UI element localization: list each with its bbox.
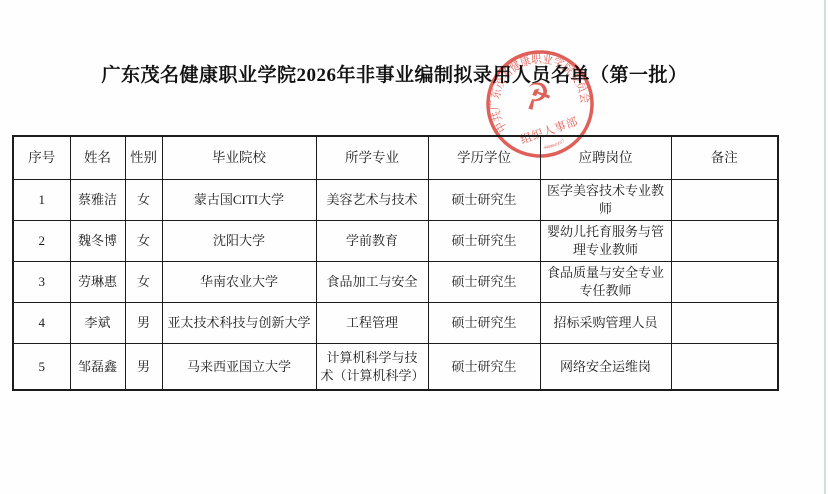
table-cell: 华南农业大学 [162,262,316,303]
table-cell: 蒙古国CITI大学 [162,180,316,221]
personnel-table: 序号姓名性别毕业院校所学专业学历学位应聘岗位备注 1蔡雅洁女蒙古国CITI大学美… [12,135,779,391]
table-cell: 食品质量与安全专业专任教师 [540,262,671,303]
table-cell: 美容艺术与技术 [316,180,428,221]
table-cell: 食品加工与安全 [316,262,428,303]
table-cell: 招标采购管理人员 [540,303,671,344]
table-cell: 网络安全运维岗 [540,344,671,391]
table-row: 2魏冬博女沈阳大学学前教育硕士研究生婴幼儿托育服务与管理专业教师 [13,221,778,262]
table-row: 1蔡雅洁女蒙古国CITI大学美容艺术与技术硕士研究生医学美容技术专业教师 [13,180,778,221]
table-cell [671,303,778,344]
table-cell: 蔡雅洁 [70,180,125,221]
table-cell [671,221,778,262]
table-cell: 计算机科学与技术（计算机科学） [316,344,428,391]
table-cell: 1 [13,180,70,221]
column-header: 备注 [671,136,778,180]
table-cell: 亚太技术科技与创新大学 [162,303,316,344]
table-cell: 劳琳惠 [70,262,125,303]
table-cell [671,262,778,303]
table-body: 1蔡雅洁女蒙古国CITI大学美容艺术与技术硕士研究生医学美容技术专业教师2魏冬博… [13,180,778,391]
table-cell: 马来西亚国立大学 [162,344,316,391]
table-cell: 3 [13,262,70,303]
table-row: 5邹磊鑫男马来西亚国立大学计算机科学与技术（计算机科学）硕士研究生网络安全运维岗 [13,344,778,391]
table-cell: 硕士研究生 [428,221,540,262]
table-cell: 硕士研究生 [428,180,540,221]
table-cell: 邹磊鑫 [70,344,125,391]
table-cell [671,180,778,221]
table-cell: 李斌 [70,303,125,344]
page-edge-shadow [824,0,826,494]
table-cell: 硕士研究生 [428,262,540,303]
table-cell [671,344,778,391]
table-cell: 女 [125,180,162,221]
column-header: 应聘岗位 [540,136,671,180]
table-cell: 医学美容技术专业教师 [540,180,671,221]
table-cell: 男 [125,344,162,391]
table-cell: 硕士研究生 [428,303,540,344]
table-cell: 女 [125,221,162,262]
table-cell: 4 [13,303,70,344]
table-cell: 沈阳大学 [162,221,316,262]
column-header: 序号 [13,136,70,180]
column-header: 性别 [125,136,162,180]
table-cell: 5 [13,344,70,391]
column-header: 所学专业 [316,136,428,180]
column-header: 姓名 [70,136,125,180]
table-cell: 2 [13,221,70,262]
table-cell: 婴幼儿托育服务与管理专业教师 [540,221,671,262]
table-cell: 女 [125,262,162,303]
table-row: 4李斌男亚太技术科技与创新大学工程管理硕士研究生招标采购管理人员 [13,303,778,344]
table-cell: 工程管理 [316,303,428,344]
document-page: 广东茂名健康职业学院2026年非事业编制拟录用人员名单（第一批） 中共广东茂名健… [0,0,829,494]
page-title: 广东茂名健康职业学院2026年非事业编制拟录用人员名单（第一批） [12,60,777,87]
table-row: 3劳琳惠女华南农业大学食品加工与安全硕士研究生食品质量与安全专业专任教师 [13,262,778,303]
table-cell: 学前教育 [316,221,428,262]
table-cell: 魏冬博 [70,221,125,262]
table-header-row: 序号姓名性别毕业院校所学专业学历学位应聘岗位备注 [13,136,778,180]
column-header: 毕业院校 [162,136,316,180]
table-cell: 硕士研究生 [428,344,540,391]
column-header: 学历学位 [428,136,540,180]
table-cell: 男 [125,303,162,344]
